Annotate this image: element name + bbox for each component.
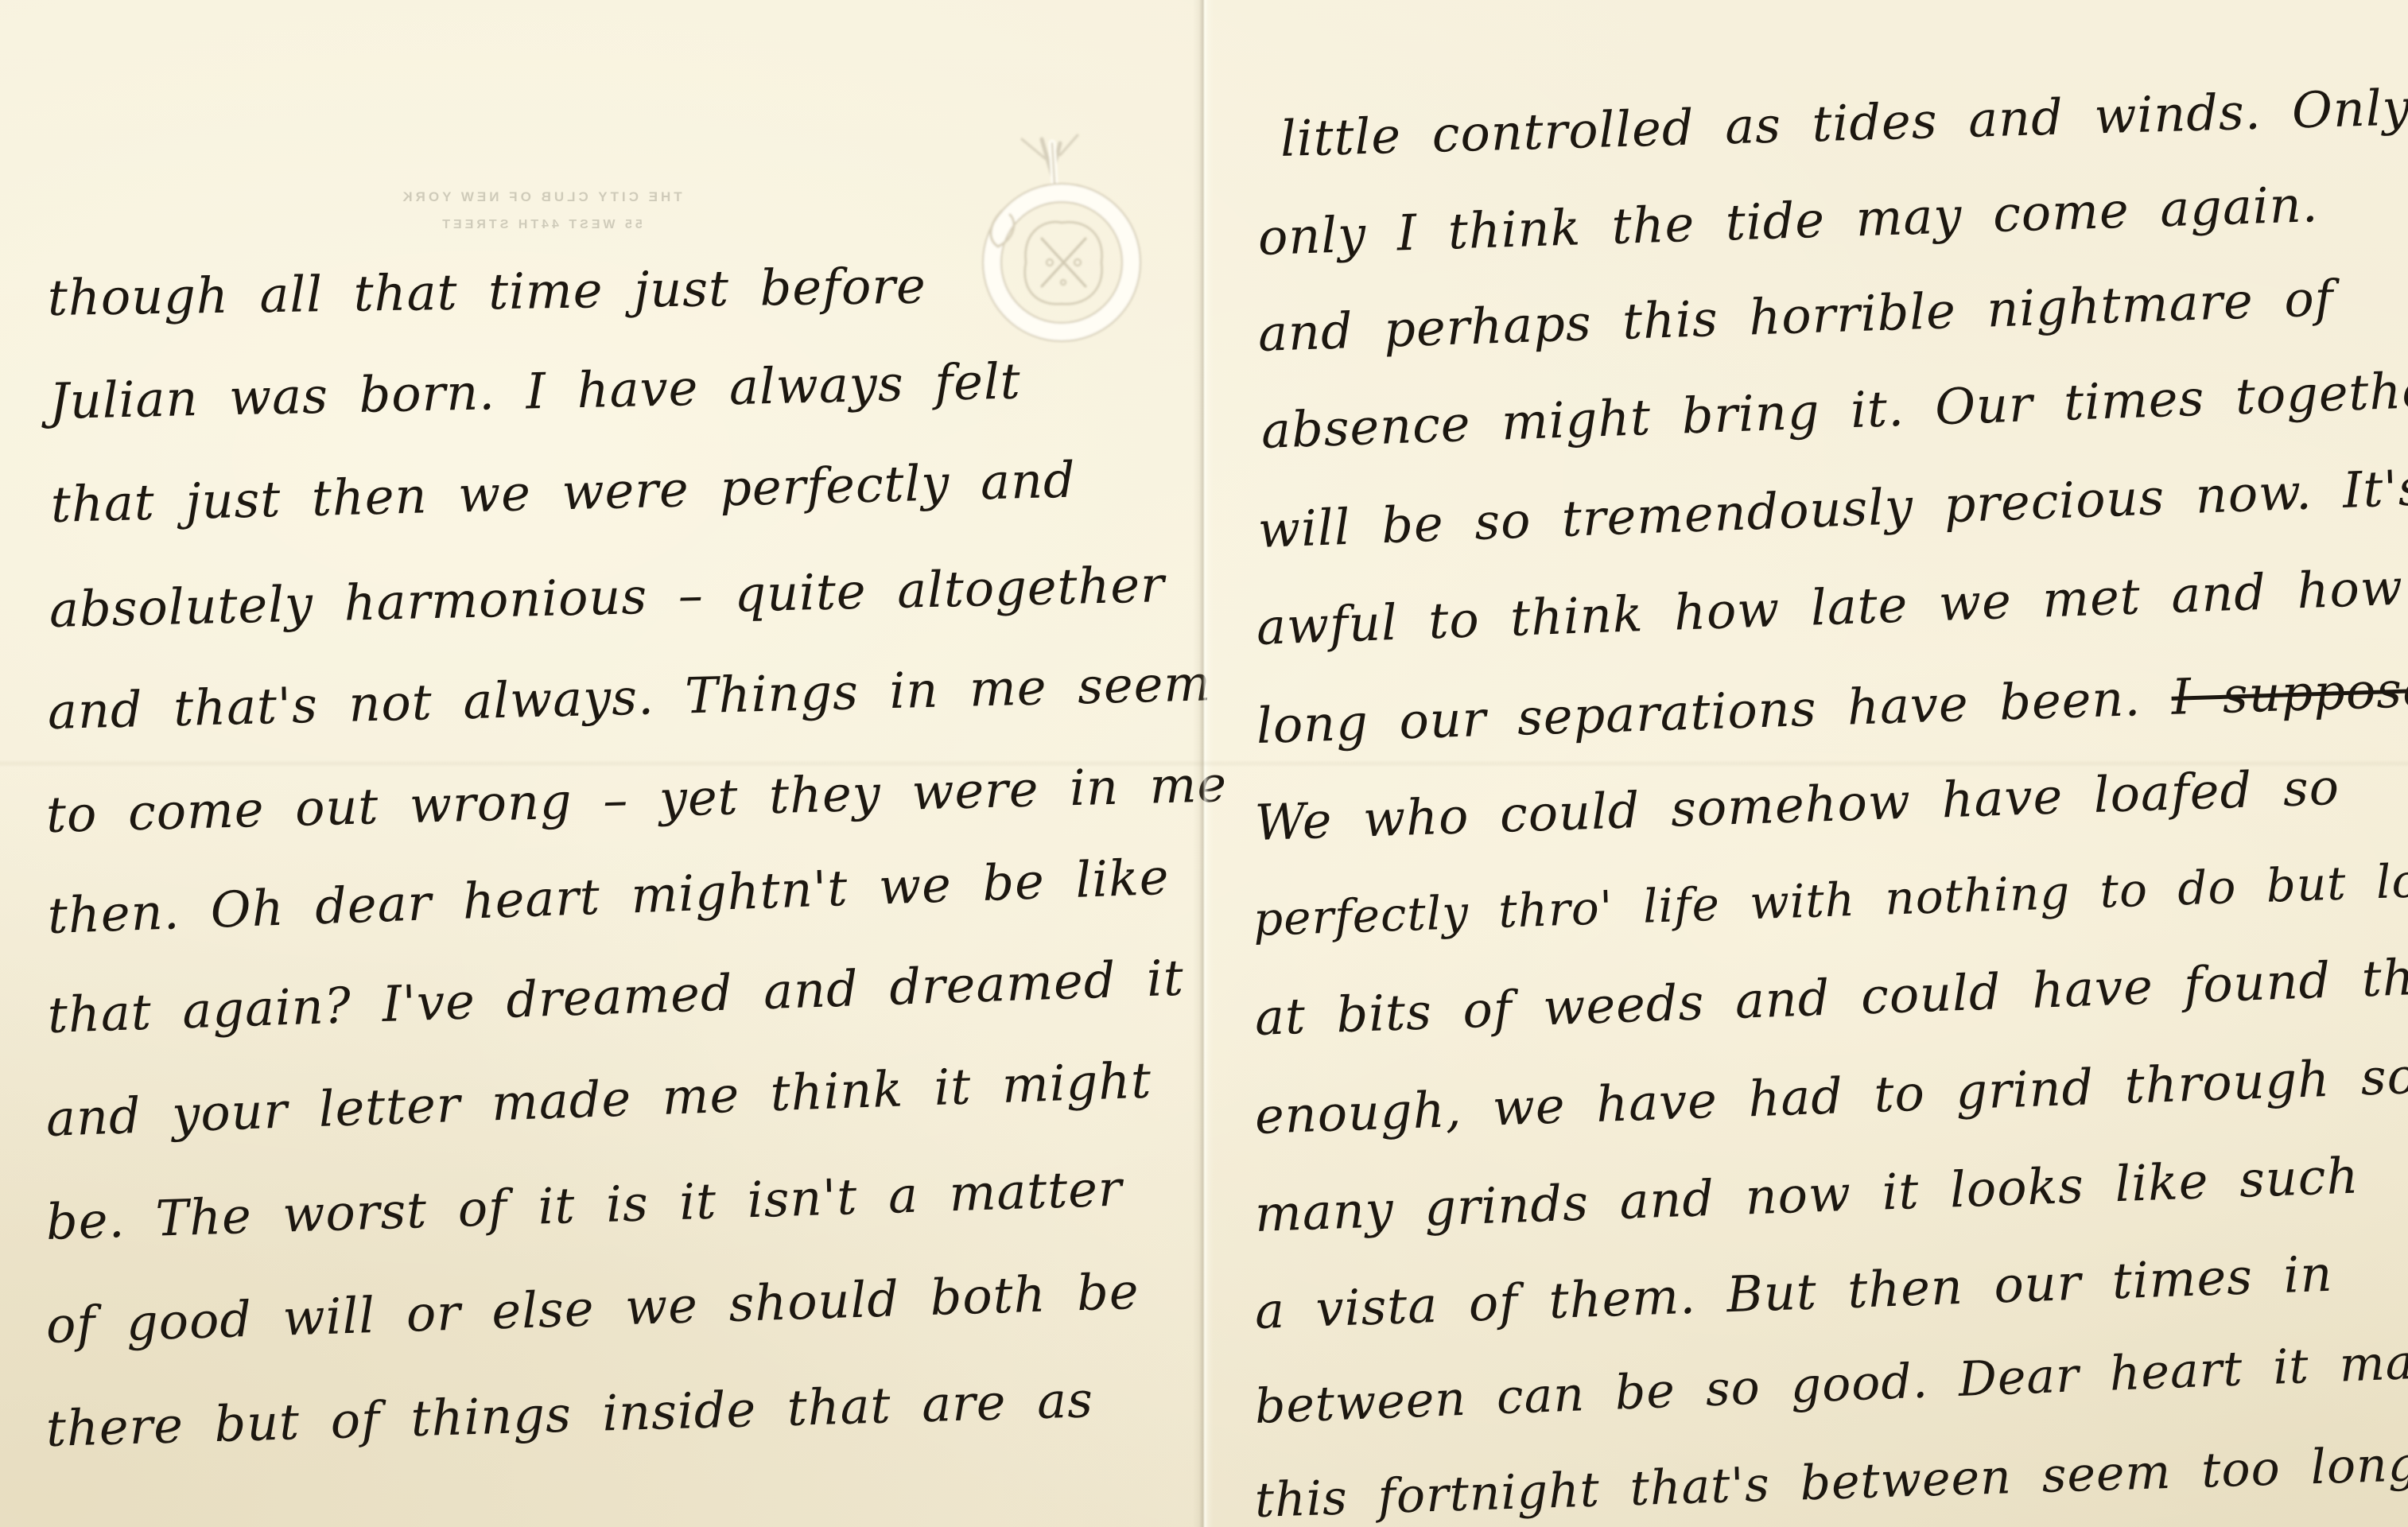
handwritten-line: this fortnight that's between seem too l… <box>1254 1434 2408 1527</box>
handwritten-line: though all that time just before <box>47 257 926 327</box>
handwritten-line: to come out wrong – yet they were in me <box>45 755 1228 844</box>
handwritten-line: and your letter made me think it might <box>45 1051 1153 1147</box>
letterhead-club-name: THE CITY CLUB OF NEW YORK <box>334 189 748 205</box>
handwritten-line: a vista of them. But then our times in <box>1254 1245 2334 1340</box>
struck-out-text: I suppose <box>2170 660 2408 726</box>
handwritten-line: many grinds and now it looks like such <box>1254 1147 2360 1243</box>
handwritten-line: enough, we have had to grind through so <box>1254 1047 2408 1145</box>
embossed-eagle-seal-icon <box>966 119 1149 350</box>
handwritten-line: We who could somehow have loafed so <box>1254 758 2340 852</box>
handwritten-line: only I think the tide may come again. <box>1257 175 2319 266</box>
handwritten-line: at bits of weeds and could have found th… <box>1254 946 2408 1047</box>
line-text: long our separations have been. <box>1256 669 2142 755</box>
handwritten-line: long our separations have been. I suppos… <box>1256 660 2408 755</box>
right-page: little controlled as tides and winds. On… <box>1209 0 2408 1527</box>
handwritten-line: then. Oh dear heart mightn't we be like <box>47 848 1171 945</box>
handwritten-line: Julian was born. I have always felt <box>49 352 1021 430</box>
handwritten-line: of good will or else we should both be <box>45 1262 1140 1354</box>
handwritten-line: perfectly thro' life with nothing to do … <box>1253 852 2408 946</box>
handwritten-line: and perhaps this horrible nightmare of <box>1257 269 2335 363</box>
handwritten-line: absence might bring it. Our times togeth… <box>1260 360 2408 460</box>
handwritten-line: that again? I've dreamed and dreamed it <box>47 949 1185 1044</box>
handwritten-line: there but of things inside that are as <box>45 1370 1094 1458</box>
handwritten-line: that just then we were perfectly and <box>50 451 1076 534</box>
handwritten-line: little controlled as tides and winds. On… <box>1280 78 2408 168</box>
letterhead-address: 55 WEST 44TH STREET <box>334 218 748 232</box>
handwritten-line: between can be so good. Dear heart it ma… <box>1254 1331 2408 1435</box>
letter-scan: THE CITY CLUB OF NEW YORK 55 WEST 44TH S… <box>0 0 2408 1527</box>
handwritten-line: absolutely harmonious – quite altogether <box>49 555 1165 639</box>
handwritten-line: and that's not always. Things in me seem <box>47 654 1212 740</box>
handwritten-line: will be so tremendously precious now. It… <box>1257 458 2408 559</box>
handwritten-line: awful to think how late we met and how <box>1256 558 2404 656</box>
letterhead-show-through: THE CITY CLUB OF NEW YORK 55 WEST 44TH S… <box>334 189 748 232</box>
handwritten-line: be. The worst of it is it isn't a matter <box>45 1159 1124 1250</box>
